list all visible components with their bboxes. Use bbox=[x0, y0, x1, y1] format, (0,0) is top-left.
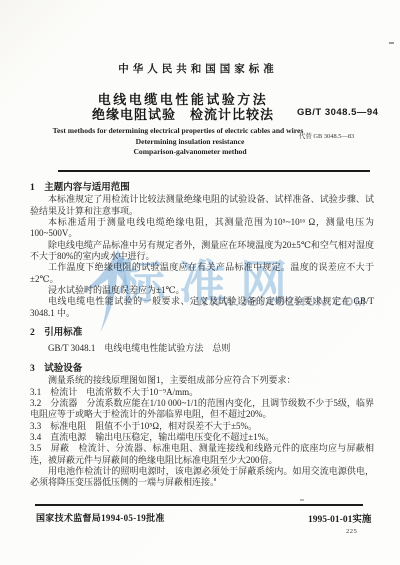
footer-effective-date: 1995-01-01实施 bbox=[308, 511, 371, 525]
section-1-paragraph: 本标准规定了用检流计比较法测量绝缘电阻的试验设备、试样准备、试验步骤、试验结果及… bbox=[30, 194, 374, 217]
standard-number: GB/T 3048.5—94 bbox=[297, 107, 378, 118]
clause-3-3: 3.3 标准电阻 阻值不小于10⁵Ω，相对误差不大于±5%。 bbox=[30, 421, 374, 432]
section-3-intro: 测量系统的接线原理图如图1，主要组成部分应符合下列要求： bbox=[30, 375, 374, 386]
section-3-heading: 3 试验设备 bbox=[30, 364, 374, 375]
clause-3-2: 3.2 分流器 分流系数应能在1/10 000~1/1的范围内变化，且调节级数不… bbox=[30, 398, 374, 421]
section-1-paragraph: 工作温度下绝缘电阻的试验温度应在有关产品标准中规定。温度的误差应不大于±2℃。 bbox=[30, 262, 374, 285]
section-3-paragraph: 用电池作检流计的照明电源时，该电源必须处于屏蔽系统内。如用交流电源供电，必须将降… bbox=[30, 466, 374, 489]
footer-approval: 国家技术监督局1994-05-19批准 bbox=[36, 511, 165, 524]
clause-3-4: 3.4 直流电源 输出电压稳定，输出端电压变化不超过±1%。 bbox=[30, 432, 374, 443]
section-1-paragraph: 除电线电缆产品标准中另有规定者外，测量应在环境温度为20±5℃和空气相对湿度不大… bbox=[30, 240, 374, 263]
standard-label: 中华人民共和国国家标准 bbox=[0, 61, 396, 76]
section-1-paragraph: 电线电缆电性能试验的一般要求、定义及试验设备的定期检验要求规定在 GB/T 30… bbox=[30, 296, 374, 319]
scan-artifact bbox=[389, 42, 394, 44]
footer-divider bbox=[35, 504, 363, 506]
section-2-heading: 2 引用标准 bbox=[30, 328, 374, 339]
doc-title-en-line2: Determining insulation resistance bbox=[0, 137, 380, 146]
header-divider bbox=[58, 170, 370, 172]
document-page: 标准网 WWW.JBIAOZHUN.COM 中华人民共和国国家标准 电线电缆电性… bbox=[0, 0, 400, 565]
section-1-heading: 1 主题内容与适用范围 bbox=[30, 183, 374, 194]
document-body: 1 主题内容与适用范围 本标准规定了用检流计比较法测量绝缘电阻的试验设备、试样准… bbox=[30, 183, 374, 489]
section-1-paragraph: 本标准适用于测量电线电缆绝缘电阻，其测量范围为10⁵~10¹⁶ Ω，测量电压为1… bbox=[30, 217, 374, 240]
scan-artifact bbox=[300, 499, 304, 501]
doc-title-en-line3: Comparison-galvanometer method bbox=[0, 147, 380, 156]
referenced-standard: GB/T 3048.1 电线电缆电性能试验方法 总则 bbox=[30, 343, 374, 354]
section-1-paragraph: 浸水试验时的温度误差应为±1℃。 bbox=[30, 285, 374, 296]
page-number: 225 bbox=[346, 528, 357, 535]
clause-3-1: 3.1 检流计 电流常数不大于10⁻⁹A/mm。 bbox=[30, 387, 374, 398]
clause-3-5: 3.5 屏蔽 检流计、分流器、标准电阻、测量连接线和线路元件的底座均应与屏蔽相连… bbox=[30, 443, 374, 466]
